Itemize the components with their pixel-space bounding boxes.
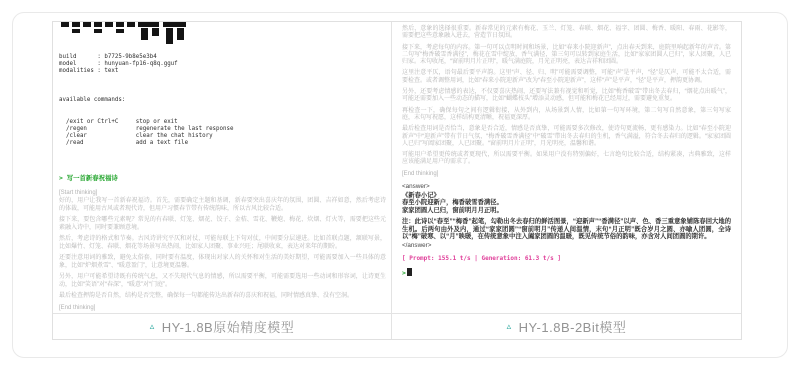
triangle-icon: ▵	[150, 322, 155, 331]
info-line: modalities : text	[59, 68, 386, 75]
info-line: model : hunyuan-fp16-q8q.gguf	[59, 61, 386, 68]
caption-right: ▵ HY-1.8B-2Bit模型	[392, 313, 741, 339]
thinking-block-right: 然后，意象的选择很重要。新春常见的元素有梅花、玉兰、灯笼、春联、烟花、福字、团圆…	[402, 26, 731, 178]
comparison-table: build : b7725-9b8e5e3b4model : hunyuan-f…	[52, 21, 742, 340]
thinking-paragraph: 另外，用户可能希望诗既有传统气息，又不失现代气息的情感，所以需要平衡，可能需要选…	[59, 274, 386, 289]
thinking-paragraph: 再检查一下，确保每句之间有逻辑衔接，从外到内，从场景到人情，比如第一句写环境，第…	[402, 108, 731, 123]
terminal-left: build : b7725-9b8e5e3b4model : hunyuan-f…	[53, 22, 392, 313]
commands-block: available commands: /exit or Ctrl+C stop…	[59, 83, 386, 162]
build-info: build : b7725-9b8e5e3b4model : hunyuan-f…	[59, 54, 386, 76]
poem-annotation: 注：此诗以“春至”“梅香”起笔，勾勒出冬去春归的鲜活图景，“迎新声”“香满径”以…	[402, 218, 731, 241]
thinking-paragraph: 最后检查押韵是否自然，结构是否完整，确保每一句都能传达出新春的喜庆和祝福，同时情…	[59, 293, 386, 301]
throughput-stats: [ Prompt: 155.1 t/s | Generation: 61.3 t…	[402, 255, 731, 262]
user-prompt-left: > 写一首新春祝福诗	[59, 174, 386, 182]
caption-right-label: HY-1.8B-2Bit模型	[519, 317, 627, 336]
commands-header: available commands:	[59, 97, 386, 104]
thinking-block-left: [Start thinking] 好的，用户让我写一首新春祝福诗。首先，需要确定…	[59, 190, 386, 313]
answer-block-right: <answer> 《新春小记》 春至小院迎新户，梅香破雪香满径。家家团圆人已归，…	[402, 183, 731, 249]
answer-close-tag: </answer>	[402, 242, 731, 250]
thinking-paragraph: 另外，还要考虑情感的表达，不仅要喜庆热闹，还要写法兼有视觉和听觉，比如“梅香破雪…	[402, 89, 731, 104]
thinking-paragraph: 然后，意象的选择很重要。新春常见的元素有梅花、玉兰、灯笼、春联、烟花、福字、团圆…	[402, 26, 731, 41]
thinking-paragraph: 最后检查用词是否恰当，意象是否合适，情感是否真挚，可能需要多次修改，使诗句更流畅…	[402, 126, 731, 148]
thinking-paragraph: 好的，用户让我写一首新春祝福诗。首先，需要确定主题和基调，新春要突出喜庆年的氛围…	[59, 198, 386, 213]
command-line: /clear clear the chat history	[59, 133, 386, 140]
text-cursor	[407, 268, 412, 276]
terminal-right: 然后，意象的选择很重要。新春常见的元素有梅花、玉兰、灯笼、春联、烟花、福字、团圆…	[392, 22, 741, 313]
info-line: build : b7725-9b8e5e3b4	[59, 54, 386, 61]
poem-line: 家家团圆人已归，窗前明月月正明。	[402, 207, 731, 215]
thinking-paragraph: 然后，考虑诗的格式和节奏。古风诗讲究平仄和对仗，可能每联上下句对仗，中间要分层递…	[59, 236, 386, 251]
input-caret: >	[402, 269, 406, 277]
thinking-end-marker: [End thinking]	[59, 305, 386, 313]
answer-open-tag: <answer>	[402, 183, 731, 191]
hunyuan-ascii-logo	[61, 22, 188, 44]
caption-left: ▵ HY-1.8B原始精度模型	[53, 313, 392, 339]
command-line: /read add a text file	[59, 140, 386, 147]
command-line: /regen regenerate the last response	[59, 126, 386, 133]
poem-line: 春至小院迎新户，梅香破雪香满径。	[402, 199, 731, 207]
thinking-paragraph: 这里注意平仄，语句最后要平声韵。这里“声、径、归、明”可能需要调整，可能“声”是…	[402, 70, 731, 85]
thinking-paragraph: 接下来，要包含哪些元素呢？常见的有春联、灯笼、烟花、饺子、金桔、雪花、鞭炮、梅花…	[59, 217, 386, 232]
caption-left-label: HY-1.8B原始精度模型	[162, 317, 294, 336]
thinking-paragraph: 还要注意用词的雅致，避免太俗套，同时要有温度，体现出对家人的关怀和对生活的美好期…	[59, 255, 386, 270]
thinking-end-marker: [End thinking]	[402, 171, 731, 178]
thinking-paragraph: 可能用户希望更传统或者更现代，所以需要平衡。如果用户没有特别偏好，七言绝句比较合…	[402, 152, 731, 167]
command-line: /exit or Ctrl+C stop or exit	[59, 119, 386, 126]
thinking-start-marker: [Start thinking]	[59, 190, 386, 198]
thinking-paragraph: 接下来，考虑每句的内容。第一句可以点明时间和场景，比如“春来小院迎新声”，点出春…	[402, 45, 731, 67]
triangle-icon: ▵	[507, 322, 512, 331]
terminal-input-line[interactable]: >	[402, 268, 731, 277]
